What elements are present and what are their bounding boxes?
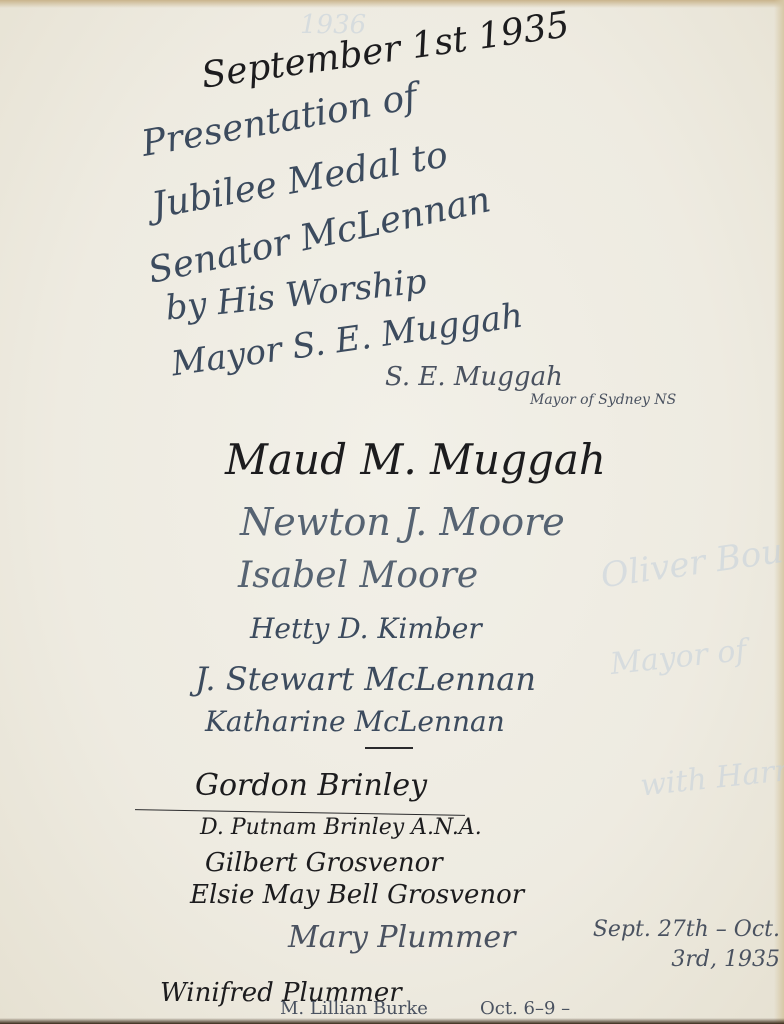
guestbook-page: 1936 Oliver Bouras Mayor of with Harry S… bbox=[0, 0, 784, 1024]
signature: Elsie May Bell Grosvenor bbox=[190, 880, 524, 910]
signature: S. E. Muggah bbox=[385, 362, 563, 392]
signature-note: Sept. 27th – Oct. 3rd, 1935 bbox=[590, 915, 780, 975]
page-top-edge bbox=[0, 0, 784, 8]
signature: Maud M. Muggah bbox=[225, 435, 606, 484]
signature: Hetty D. Kimber bbox=[250, 612, 482, 645]
signature: Isabel Moore bbox=[238, 555, 478, 596]
signature: D. Putnam Brinley A.N.A. bbox=[200, 815, 482, 840]
page-right-edge bbox=[774, 0, 784, 1024]
show-through-text: Mayor of bbox=[609, 633, 749, 682]
signature: Gordon Brinley bbox=[195, 768, 427, 803]
signature-note: Mayor of Sydney NS bbox=[530, 392, 676, 408]
show-through-text: with Harry bbox=[639, 751, 784, 803]
show-through-text: Oliver Bouras bbox=[598, 524, 784, 597]
signature: Mary Plummer bbox=[288, 920, 516, 955]
signature-note: Oct. 6–9 – bbox=[480, 998, 570, 1019]
signature: Katharine McLennan bbox=[205, 705, 505, 738]
signature: Newton J. Moore bbox=[240, 500, 565, 544]
signature: Gilbert Grosvenor bbox=[205, 848, 443, 878]
separator-mark bbox=[365, 747, 413, 749]
page-bottom-edge bbox=[0, 1018, 784, 1024]
signature: M. Lillian Burke bbox=[280, 998, 428, 1019]
signature: J. Stewart McLennan bbox=[195, 660, 536, 698]
